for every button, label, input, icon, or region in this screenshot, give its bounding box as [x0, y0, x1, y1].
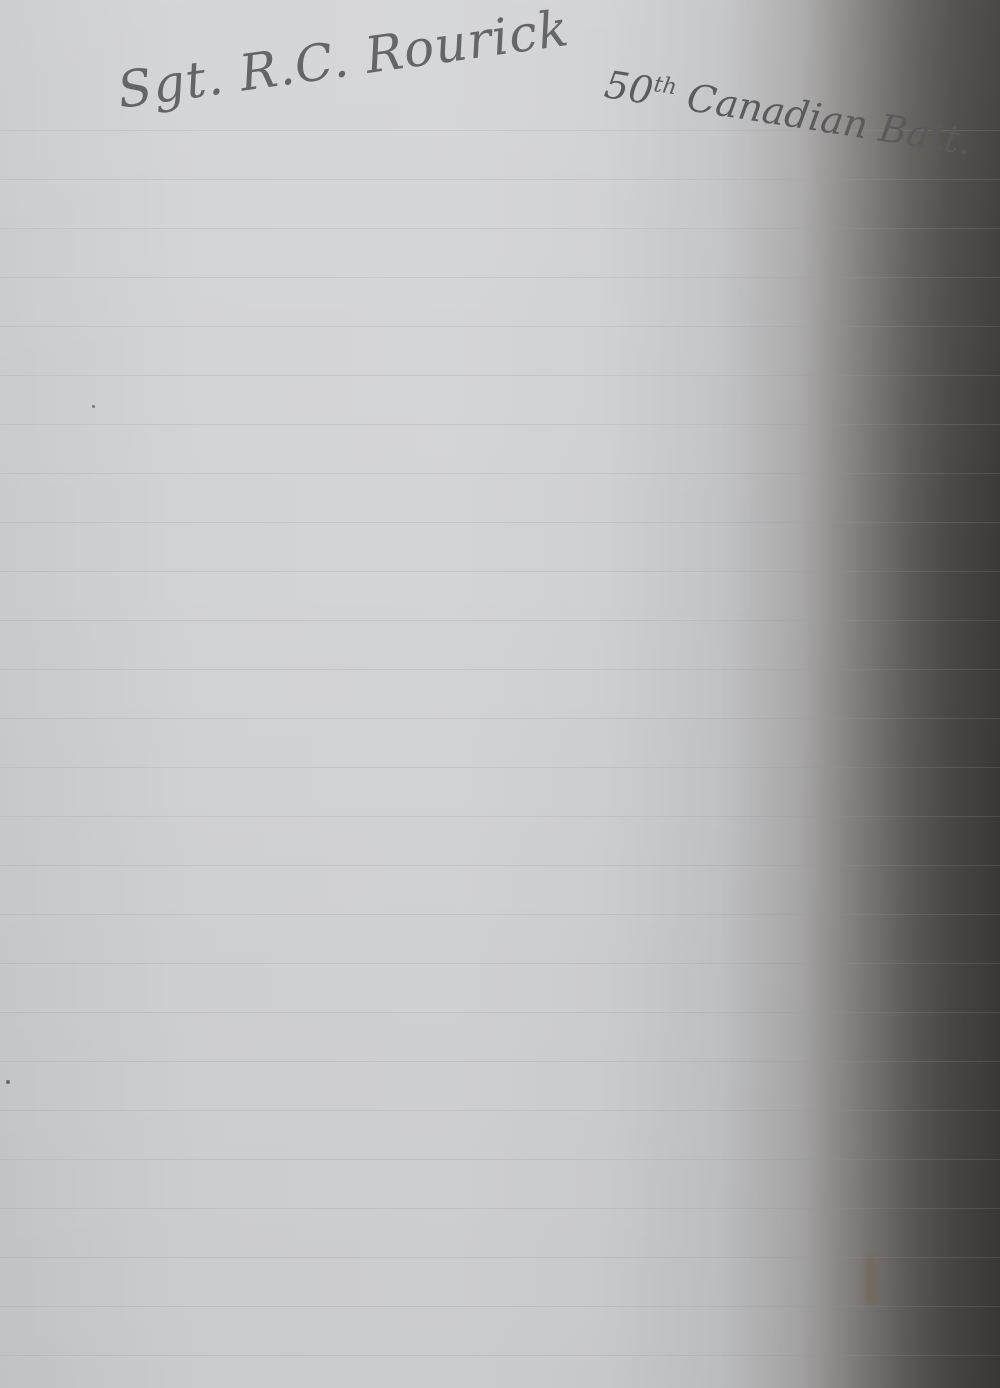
ruled-line [0, 963, 1000, 964]
ruled-line [0, 571, 1000, 572]
ruled-line [0, 375, 1000, 376]
ruled-line [0, 1061, 1000, 1062]
ruled-line [0, 424, 1000, 425]
soldier-name: Sgt. R.C. Rourick [114, 0, 573, 120]
ruled-line [0, 228, 1000, 229]
ruled-line [0, 326, 1000, 327]
ruled-line [0, 473, 1000, 474]
ruled-line [0, 522, 1000, 523]
ruled-line [0, 1257, 1000, 1258]
unit-suffix: th [652, 72, 679, 100]
ruled-line [0, 1012, 1000, 1013]
ruled-line [0, 277, 1000, 278]
ruled-line [0, 1208, 1000, 1209]
ruled-line [0, 914, 1000, 915]
ruled-line [0, 1306, 1000, 1307]
ruled-line [0, 669, 1000, 670]
ruled-line [0, 1110, 1000, 1111]
unit-label: 50th Canadian Batt. [602, 62, 976, 164]
unit-number: 50 [602, 62, 657, 113]
ruled-line [0, 1355, 1000, 1356]
ruled-line [0, 1159, 1000, 1160]
document-page: Sgt. R.C. Rourick 50th Canadian Batt. [0, 0, 1000, 1388]
ruled-line [0, 767, 1000, 768]
unit-name: Canadian Batt. [684, 75, 975, 163]
ruled-line [0, 620, 1000, 621]
paper-stain [865, 1255, 875, 1305]
ruled-line [0, 865, 1000, 866]
margin-mark [6, 1080, 10, 1084]
ruled-line [0, 718, 1000, 719]
ruled-line [0, 179, 1000, 180]
ruled-line [0, 816, 1000, 817]
ink-speck [92, 405, 95, 408]
